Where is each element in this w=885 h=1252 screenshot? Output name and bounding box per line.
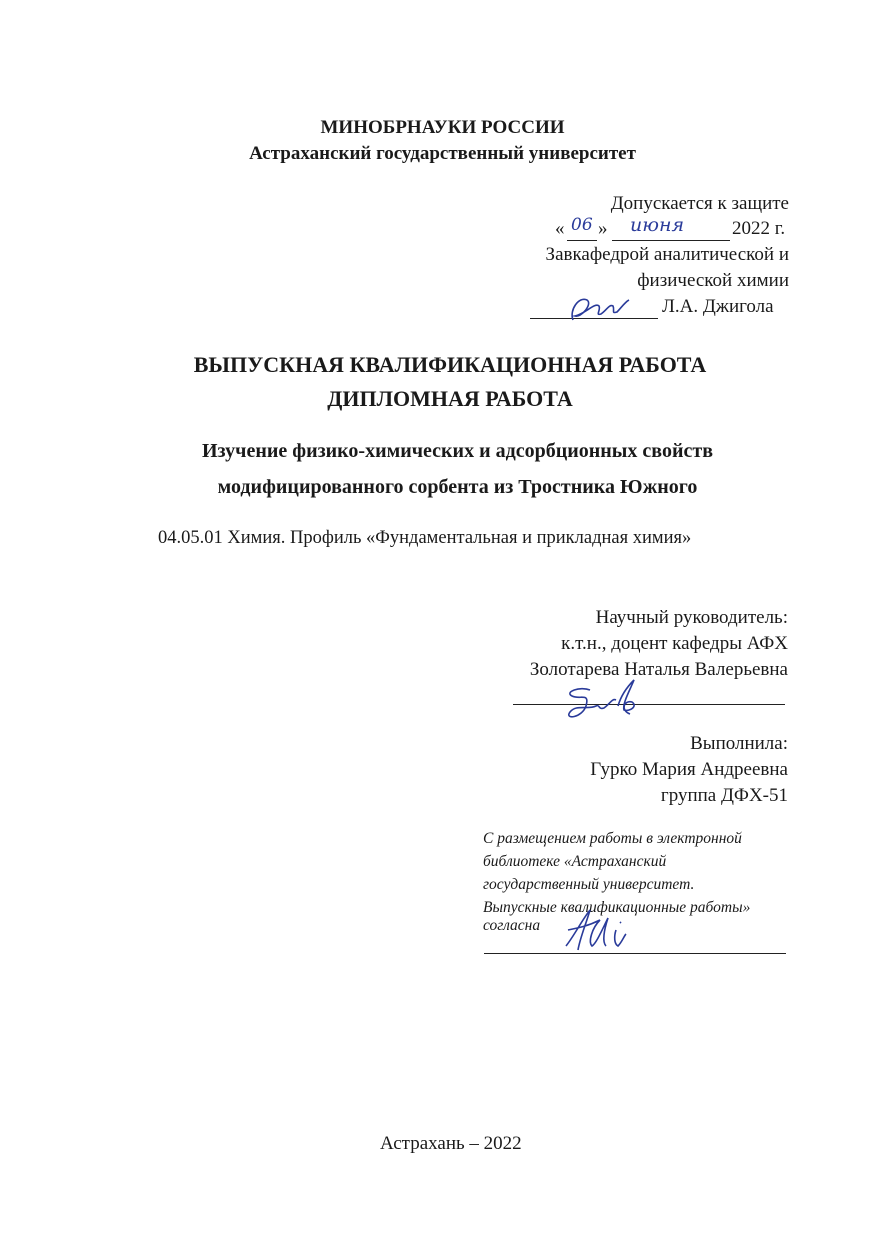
consent-line2: библиотеке «Астраханский [483, 853, 666, 871]
author-label: Выполнила: [690, 733, 788, 755]
head-title-line1: Завкафедрой аналитической и [546, 244, 789, 266]
quote-close: » [598, 218, 608, 240]
author-name: Гурко Мария Андреевна [590, 759, 788, 781]
work-type-line2: ДИПЛОМНАЯ РАБОТА [0, 386, 885, 412]
admitted-label: Допускается к защите [611, 193, 789, 215]
topic-line1: Изучение физико-химических и адсорбционн… [0, 440, 885, 463]
city-year: Астрахань – 2022 [380, 1133, 522, 1155]
head-name: Л.А. Джигола [662, 296, 774, 318]
ministry-name: МИНОБРНАУКИ РОССИИ [0, 117, 885, 139]
head-signature-icon [565, 292, 635, 324]
supervisor-signature-icon [560, 676, 645, 724]
quote-open: « [555, 218, 565, 240]
head-title-line2: физической химии [637, 270, 789, 292]
work-type-line1: ВЫПУСКНАЯ КВАЛИФИКАЦИОННАЯ РАБОТА [0, 352, 885, 378]
consent-line3: государственный университет. [483, 876, 694, 894]
topic-line2: модифицированного сорбента из Тростника … [0, 476, 885, 499]
consent-line5: согласна [483, 917, 540, 935]
handwritten-day: 06 [571, 215, 593, 235]
consent-line1: С размещением работы в электронной [483, 830, 742, 848]
supervisor-position: к.т.н., доцент кафедры АФХ [561, 633, 788, 655]
author-group: группа ДФХ-51 [661, 785, 788, 807]
approval-year: 2022 г. [732, 218, 785, 240]
university-name: Астраханский государственный университет [0, 143, 885, 165]
specialty: 04.05.01 Химия. Профиль «Фундаментальная… [158, 528, 691, 549]
author-signature-icon [560, 906, 635, 954]
handwritten-month: июня [630, 214, 684, 236]
supervisor-label: Научный руководитель: [596, 607, 788, 629]
